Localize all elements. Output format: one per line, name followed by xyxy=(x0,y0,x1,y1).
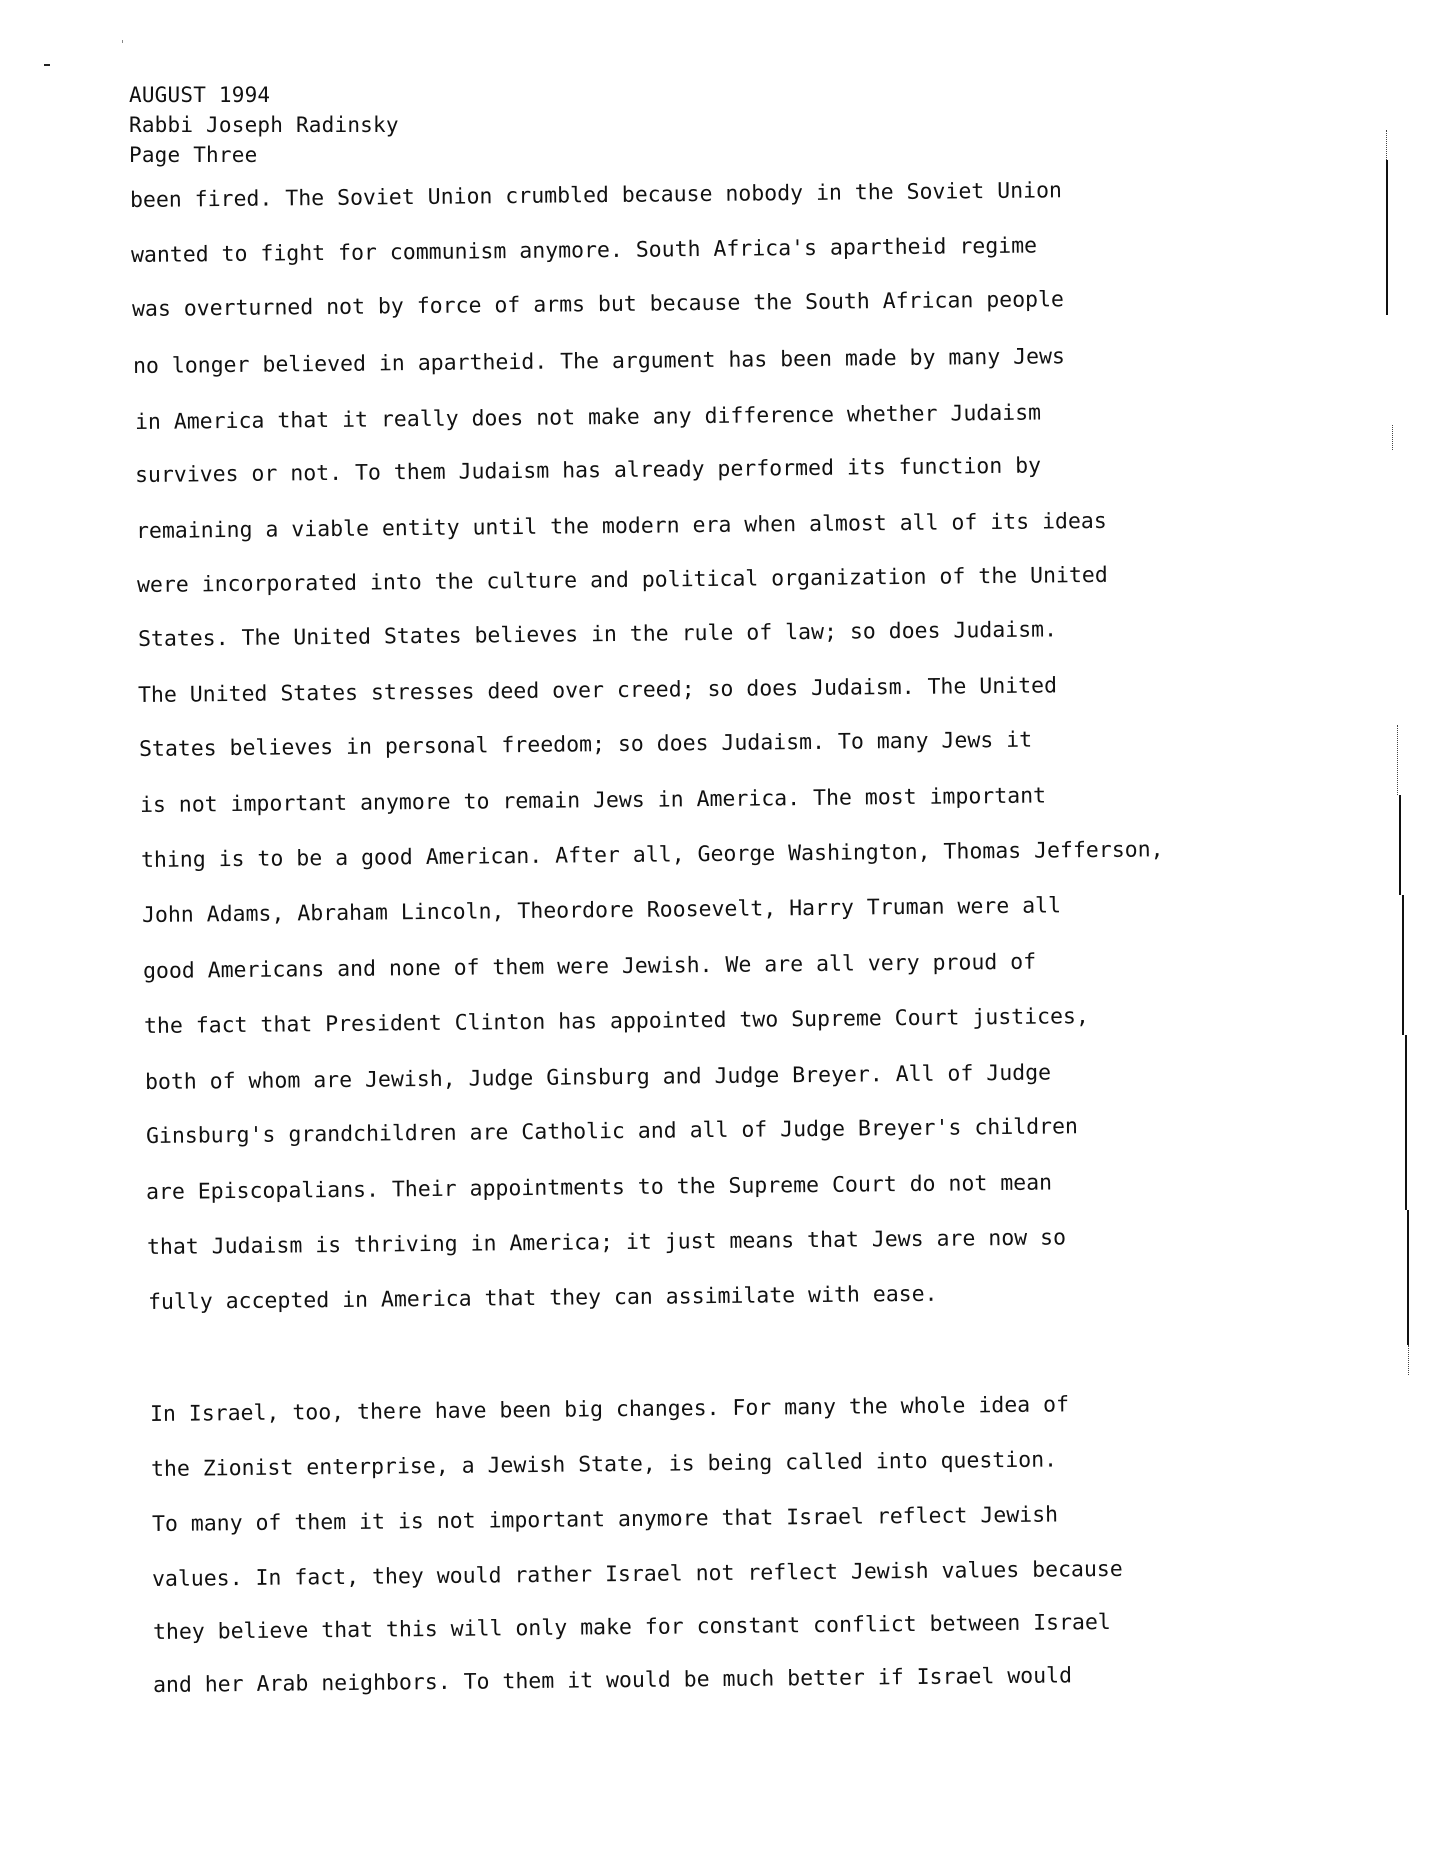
scan-edge-dots xyxy=(1397,725,1399,795)
text-line: good Americans and none of them were Jew… xyxy=(143,950,1036,984)
scan-edge-line xyxy=(1386,160,1388,315)
scan-edge-line xyxy=(1407,1210,1409,1345)
text-line: To many of them it is not important anym… xyxy=(152,1503,1058,1537)
scan-edge-line xyxy=(1402,895,1404,1035)
text-line: fully accepted in America that they can … xyxy=(148,1282,938,1315)
header-date: AUGUST 1994 xyxy=(129,80,399,110)
text-line: States. The United States believes in th… xyxy=(138,617,1057,652)
scanned-page: AUGUST 1994 Rabbi Joseph Radinsky Page T… xyxy=(0,0,1430,1851)
text-line: was overturned not by force of arms but … xyxy=(132,287,1064,322)
page-header: AUGUST 1994 Rabbi Joseph Radinsky Page T… xyxy=(129,80,399,170)
scan-edge-dots xyxy=(1408,1345,1410,1375)
text-line: In Israel, too, there have been big chan… xyxy=(150,1392,1069,1427)
text-line: remaining a viable entity until the mode… xyxy=(136,509,1107,544)
scan-edge-line xyxy=(1399,795,1401,895)
text-line: in America that it really does not make … xyxy=(135,401,1041,435)
text-line: are Episcopalians. Their appointments to… xyxy=(146,1171,1052,1205)
text-line: Ginsburg's grandchildren are Catholic an… xyxy=(146,1114,1078,1149)
scan-speck xyxy=(44,64,50,66)
text-line: John Adams, Abraham Lincoln, Theordore R… xyxy=(142,893,1061,928)
text-line: the Zionist enterprise, a Jewish State, … xyxy=(151,1448,1057,1482)
text-line: and her Arab neighbors. To them it would… xyxy=(153,1663,1072,1698)
scan-edge-dots xyxy=(1386,130,1388,160)
text-line: States believes in personal freedom; so … xyxy=(139,728,1032,762)
scan-edge-line xyxy=(1405,1035,1407,1210)
text-line: The United States stresses deed over cre… xyxy=(138,673,1057,708)
text-line: they believe that this will only make fo… xyxy=(153,1610,1111,1645)
text-line: that Judaism is thriving in America; it … xyxy=(147,1225,1066,1260)
header-author: Rabbi Joseph Radinsky xyxy=(129,110,399,140)
text-line: thing is to be a good American. After al… xyxy=(141,837,1164,873)
text-line: no longer believed in apartheid. The arg… xyxy=(133,344,1065,379)
text-line: values. In fact, they would rather Israe… xyxy=(152,1557,1123,1592)
text-line: been fired. The Soviet Union crumbled be… xyxy=(130,178,1062,213)
text-line: wanted to fight for communism anymore. S… xyxy=(131,234,1037,268)
text-line: the fact that President Clinton has appo… xyxy=(144,1004,1089,1039)
text-line: survives or not. To them Judaism has alr… xyxy=(135,454,1041,488)
text-line: both of whom are Jewish, Judge Ginsburg … xyxy=(145,1061,1051,1095)
text-line: were incorporated into the culture and p… xyxy=(137,563,1108,598)
scan-edge-dots xyxy=(1392,425,1394,450)
text-line: is not important anymore to remain Jews … xyxy=(140,784,1046,818)
header-page-number: Page Three xyxy=(129,140,399,170)
scan-speck xyxy=(122,40,123,43)
